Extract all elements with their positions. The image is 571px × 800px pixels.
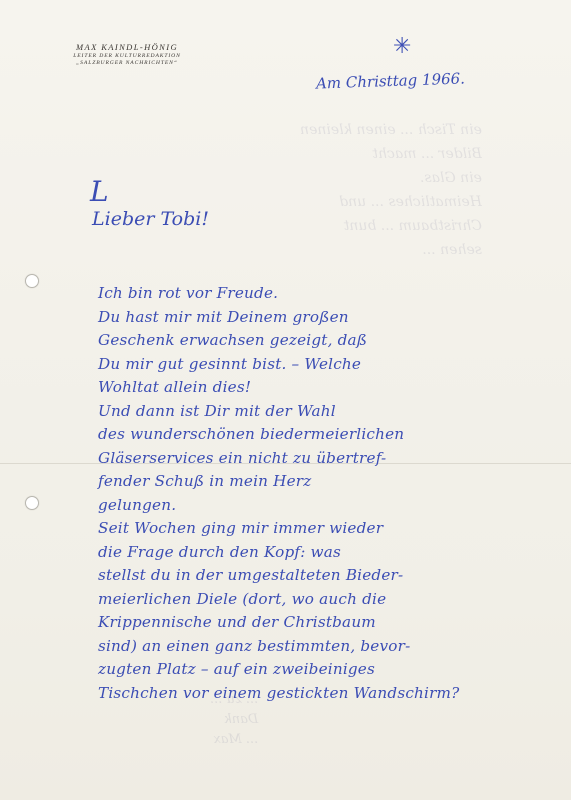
body-line: des wunderschönen biedermeierlichen: [98, 423, 538, 447]
body-line: Ich bin rot vor Freude.: [98, 282, 538, 306]
letterhead-name: MAX KAINDL-HÖNIG: [42, 42, 212, 52]
letter-date: Am Christtag 1966.: [316, 69, 465, 92]
punch-hole-bottom: [25, 496, 39, 510]
body-line: Du mir gut gesinnt bist. – Welche: [98, 353, 538, 377]
body-line: Du hast mir mit Deinem großen: [98, 306, 538, 330]
show-through-text-top: ein Tisch ... einen kleinen Bilder ... m…: [300, 118, 482, 262]
letter-body: Ich bin rot vor Freude. Du hast mir mit …: [98, 282, 538, 705]
body-line: meierlichen Diele (dort, wo auch die: [98, 588, 538, 612]
punch-hole-top: [25, 274, 39, 288]
body-line: stellst du in der umgestalteten Bieder-: [98, 564, 538, 588]
salutation-flourish: L: [90, 175, 109, 208]
body-line: gelungen.: [98, 494, 538, 518]
body-line: Seit Wochen ging mir immer wieder: [98, 517, 538, 541]
salutation: Lieber Tobi!: [92, 208, 209, 230]
body-line: Und dann ist Dir mit der Wahl: [98, 400, 538, 424]
body-line: sind) an einen ganz bestimmten, bevor-: [98, 635, 538, 659]
letterhead-title: LEITER DER KULTURREDAKTION: [42, 53, 212, 59]
body-line: zugten Platz – auf ein zweibeiniges: [98, 658, 538, 682]
body-line: die Frage durch den Kopf: was: [98, 541, 538, 565]
star-icon: ✳: [393, 36, 411, 58]
body-line: fender Schuß in mein Herz: [98, 470, 538, 494]
body-line: Tischchen vor einem gestickten Wandschir…: [98, 682, 538, 706]
letter-page: ein Tisch ... einen kleinen Bilder ... m…: [0, 0, 571, 800]
letterhead-newspaper: „SALZBURGER NACHRICHTEN“: [42, 60, 212, 66]
body-line: Wohltat allein dies!: [98, 376, 538, 400]
letterhead: MAX KAINDL-HÖNIG LEITER DER KULTURREDAKT…: [42, 42, 212, 66]
body-line: Geschenk erwachsen gezeigt, daß: [98, 329, 538, 353]
body-line: Krippennische und der Christbaum: [98, 611, 538, 635]
body-line: Gläserservices ein nicht zu übertref-: [98, 447, 538, 471]
